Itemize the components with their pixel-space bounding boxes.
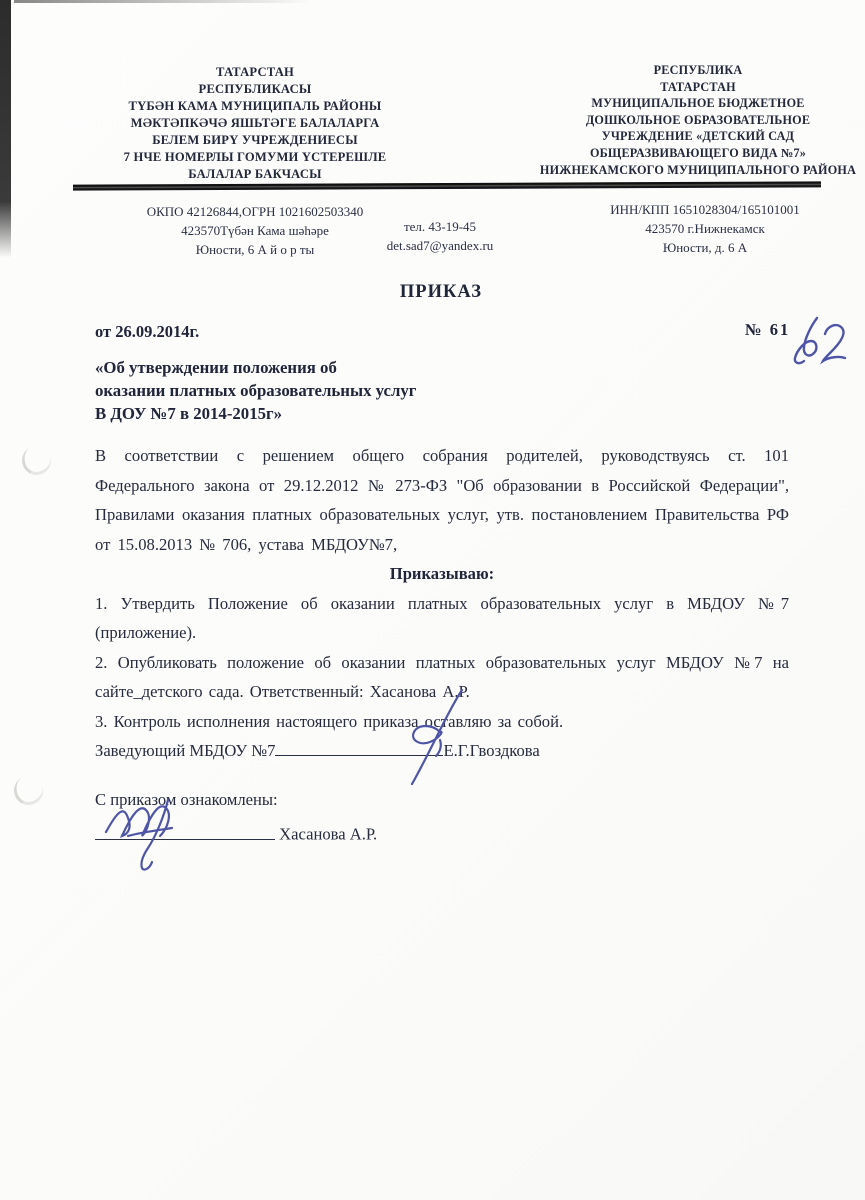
letterhead-line: БЕЛЕМ БИРҮ УЧРЕЖДЕНИЕСЫ: [88, 132, 422, 149]
letterhead-line: ТҮБӘН КАМА МУНИЦИПАЛЬ РАЙОНЫ: [88, 98, 422, 115]
letterhead-line: МӘКТӘПКӘЧӘ ЯШЬТӘГЕ БАЛАЛАРГА: [88, 115, 422, 132]
subject-line: оказании платных образовательных услуг: [95, 379, 575, 402]
letterhead-line: УЧРЕЖДЕНИЕ «ДЕТСКИЙ САД: [533, 128, 863, 145]
letterhead-line: ТАТАРСТАН: [533, 79, 863, 96]
letterhead-line: НИЖНЕКАМСКОГО МУНИЦИПАЛЬНОГО РАЙОНА: [533, 162, 863, 179]
letterhead-line: БАЛАЛАР БАКЧАСЫ: [88, 166, 422, 183]
subject-line: «Об утверждении положения об: [95, 356, 575, 379]
handwritten-number: [787, 312, 857, 368]
order-body: В соответствии с решением общего собрани…: [95, 441, 789, 766]
contacts-phone-block: тел. 43-19-45 det.sad7@yandex.ru: [340, 217, 540, 255]
order-item-2: 2. Опубликовать положение об оказании пл…: [95, 648, 789, 707]
inn-kpp: ИНН/КПП 1651028304/165101001: [555, 200, 855, 219]
scan-edge-artifact: [0, 0, 11, 258]
paper-curl-mark: [18, 442, 55, 479]
ack-label: С приказом ознакомлены:: [95, 790, 278, 810]
scanned-order-page: ТАТАРСТАН РЕСПУБЛИКАСЫ ТҮБӘН КАМА МУНИЦИ…: [0, 0, 865, 1200]
head-signature-row: Заведующий МБДОУ №7Е.Г.Гвоздкова: [95, 736, 789, 766]
letterhead-line: ОБЩЕРАЗВИВАЮЩЕГО ВИДА №7»: [533, 145, 863, 162]
letterhead-line: 7 НЧЕ НОМЕРЛЫ ГОМУМИ ҮСТЕРЕШЛЕ: [88, 149, 422, 166]
letterhead-tatar: ТАТАРСТАН РЕСПУБЛИКАСЫ ТҮБӘН КАМА МУНИЦИ…: [88, 64, 422, 183]
letterhead-line: МУНИЦИПАЛЬНОЕ БЮДЖЕТНОЕ: [533, 95, 863, 112]
decree-word: Приказываю:: [95, 559, 789, 589]
scan-top-artifact: [14, 0, 314, 3]
preamble-paragraph: В соответствии с решением общего собрани…: [95, 441, 789, 559]
contacts-inn-block: ИНН/КПП 1651028304/165101001 423570 г.Ни…: [555, 200, 855, 257]
letterhead-line: ТАТАРСТАН: [88, 64, 422, 81]
order-item-1: 1. Утвердить Положение об оказании платн…: [95, 589, 789, 648]
head-role: Заведующий МБДОУ №7: [95, 741, 275, 760]
address-russian-line1: 423570 г.Нижнекамск: [555, 219, 855, 238]
paper-curl-mark: [10, 772, 47, 809]
order-number: № 61: [745, 320, 790, 340]
ack-signature-row: Хасанова А.Р.: [95, 822, 377, 845]
phone-number: тел. 43-19-45: [340, 217, 540, 236]
head-name: Е.Г.Гвоздкова: [443, 741, 539, 760]
subject-line: В ДОУ №7 в 2014-2015г»: [95, 402, 575, 425]
document-title: ПРИКАЗ: [95, 282, 787, 303]
signature-line: [95, 822, 275, 840]
order-subject: «Об утверждении положения об оказании пл…: [95, 356, 575, 425]
ack-name: Хасанова А.Р.: [279, 825, 377, 844]
order-date: от 26.09.2014г.: [95, 322, 199, 342]
order-item-3: 3. Контроль исполнения настоящего приказ…: [95, 707, 789, 737]
letterhead-line: РЕСПУБЛИКАСЫ: [88, 81, 422, 98]
signature-line: [275, 738, 443, 756]
letterhead-line: ДОШКОЛЬНОЕ ОБРАЗОВАТЕЛЬНОЕ: [533, 112, 863, 129]
email-address: det.sad7@yandex.ru: [340, 236, 540, 255]
letterhead-russian: РЕСПУБЛИКА ТАТАРСТАН МУНИЦИПАЛЬНОЕ БЮДЖЕ…: [533, 62, 863, 178]
address-russian-line2: Юности, д. 6 А: [555, 238, 855, 257]
letterhead-line: РЕСПУБЛИКА: [533, 62, 863, 79]
